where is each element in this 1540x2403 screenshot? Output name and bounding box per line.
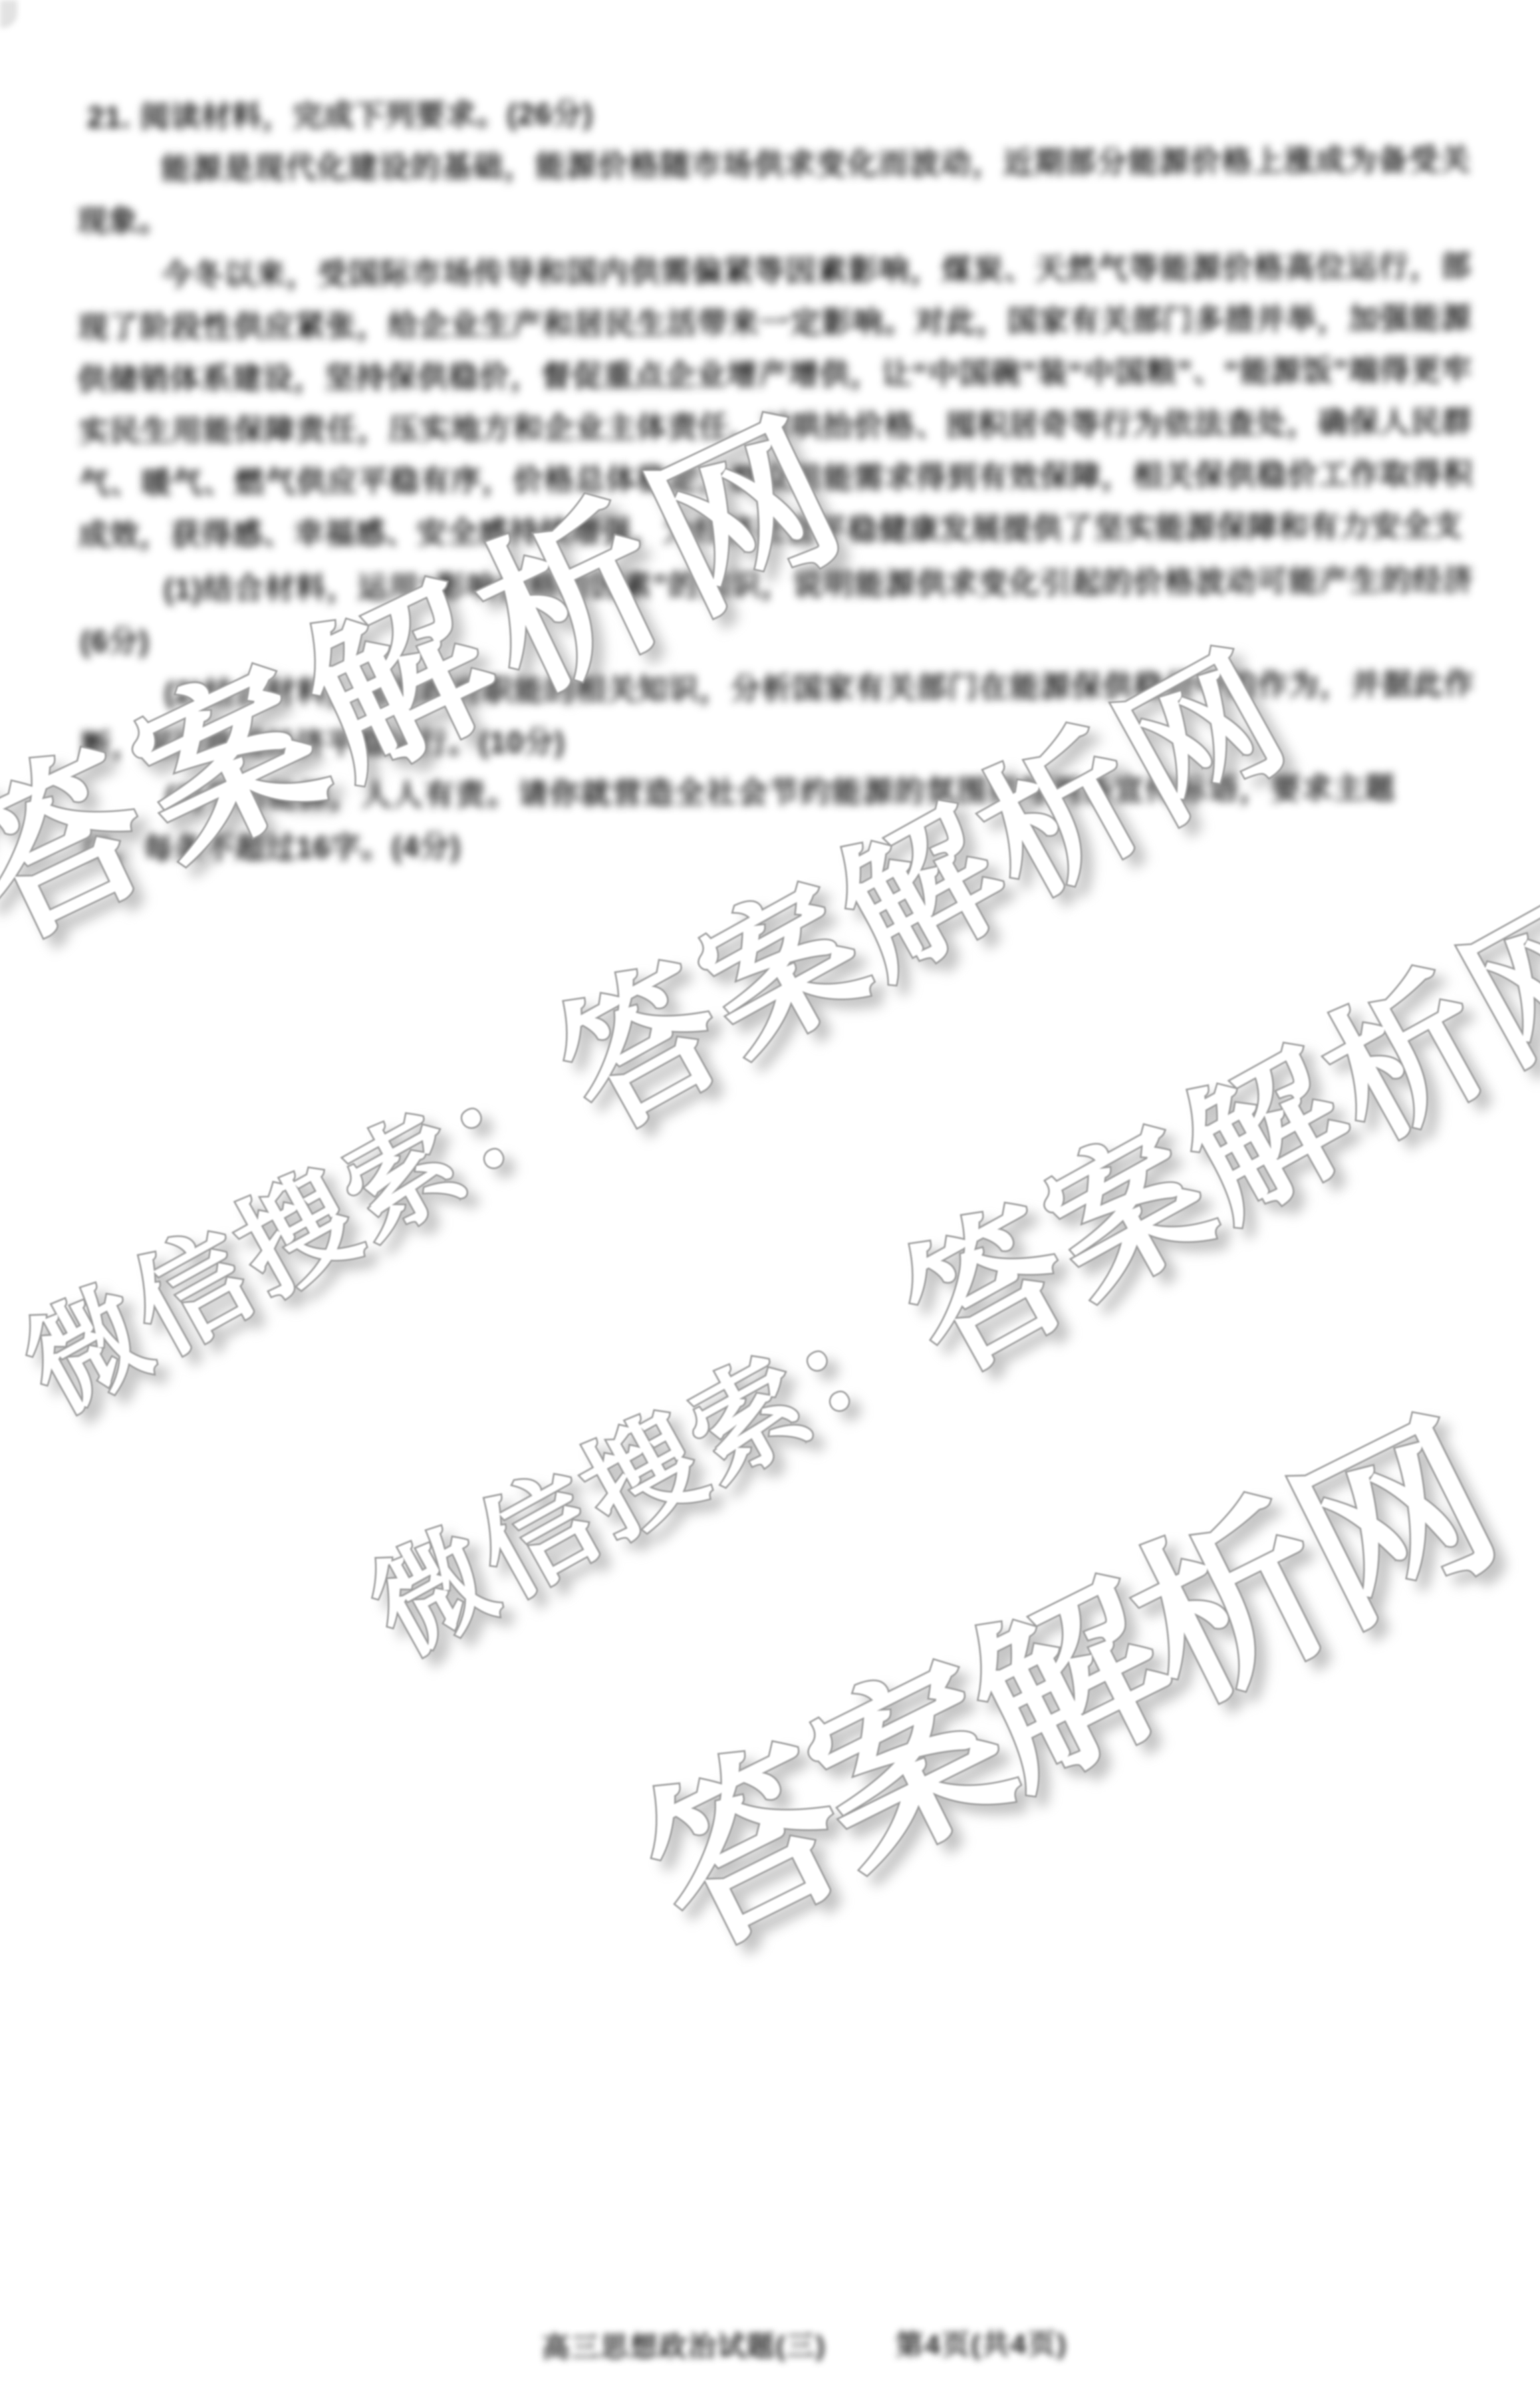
page-footer: 高三思想政治试题(三)第4页(共4页) — [541, 2323, 1067, 2366]
question-21-header: 21. 阅读材料，完成下列要求。(26分) — [87, 95, 593, 137]
footer-exam-title: 高三思想政治试题(三) — [541, 2330, 826, 2363]
paragraph-2-line-1: 今冬以来，受国际市场传导和国内供需偏紧等因素影响，煤炭、天然气等能源价格高位运行… — [162, 247, 1472, 295]
paragraph-1-line-2: 现象。 — [77, 202, 169, 241]
paragraph-1-line-1: 能源是现代化建设的基础，能源价格随市场供求变化而波动，近期部分能源价格上涨成为备… — [161, 140, 1471, 188]
footer-page-number: 第4页(共4页) — [895, 2329, 1067, 2361]
paragraph-2-line-3: 供储销体系建设，坚持保供稳价，督促重点企业增产增供，让“中国碗”装“中国粮”、“… — [77, 351, 1472, 399]
sub-question-1-score: (6分) — [80, 622, 150, 661]
paragraph-2-line-2: 现了阶段性供应紧张，给企业生产和居民生活带来一定影响。对此，国家有关部门多措并举… — [78, 299, 1472, 347]
scanned-exam-page: 21. 阅读材料，完成下列要求。(26分) 能源是现代化建设的基础，能源价格随市… — [0, 0, 1540, 2403]
